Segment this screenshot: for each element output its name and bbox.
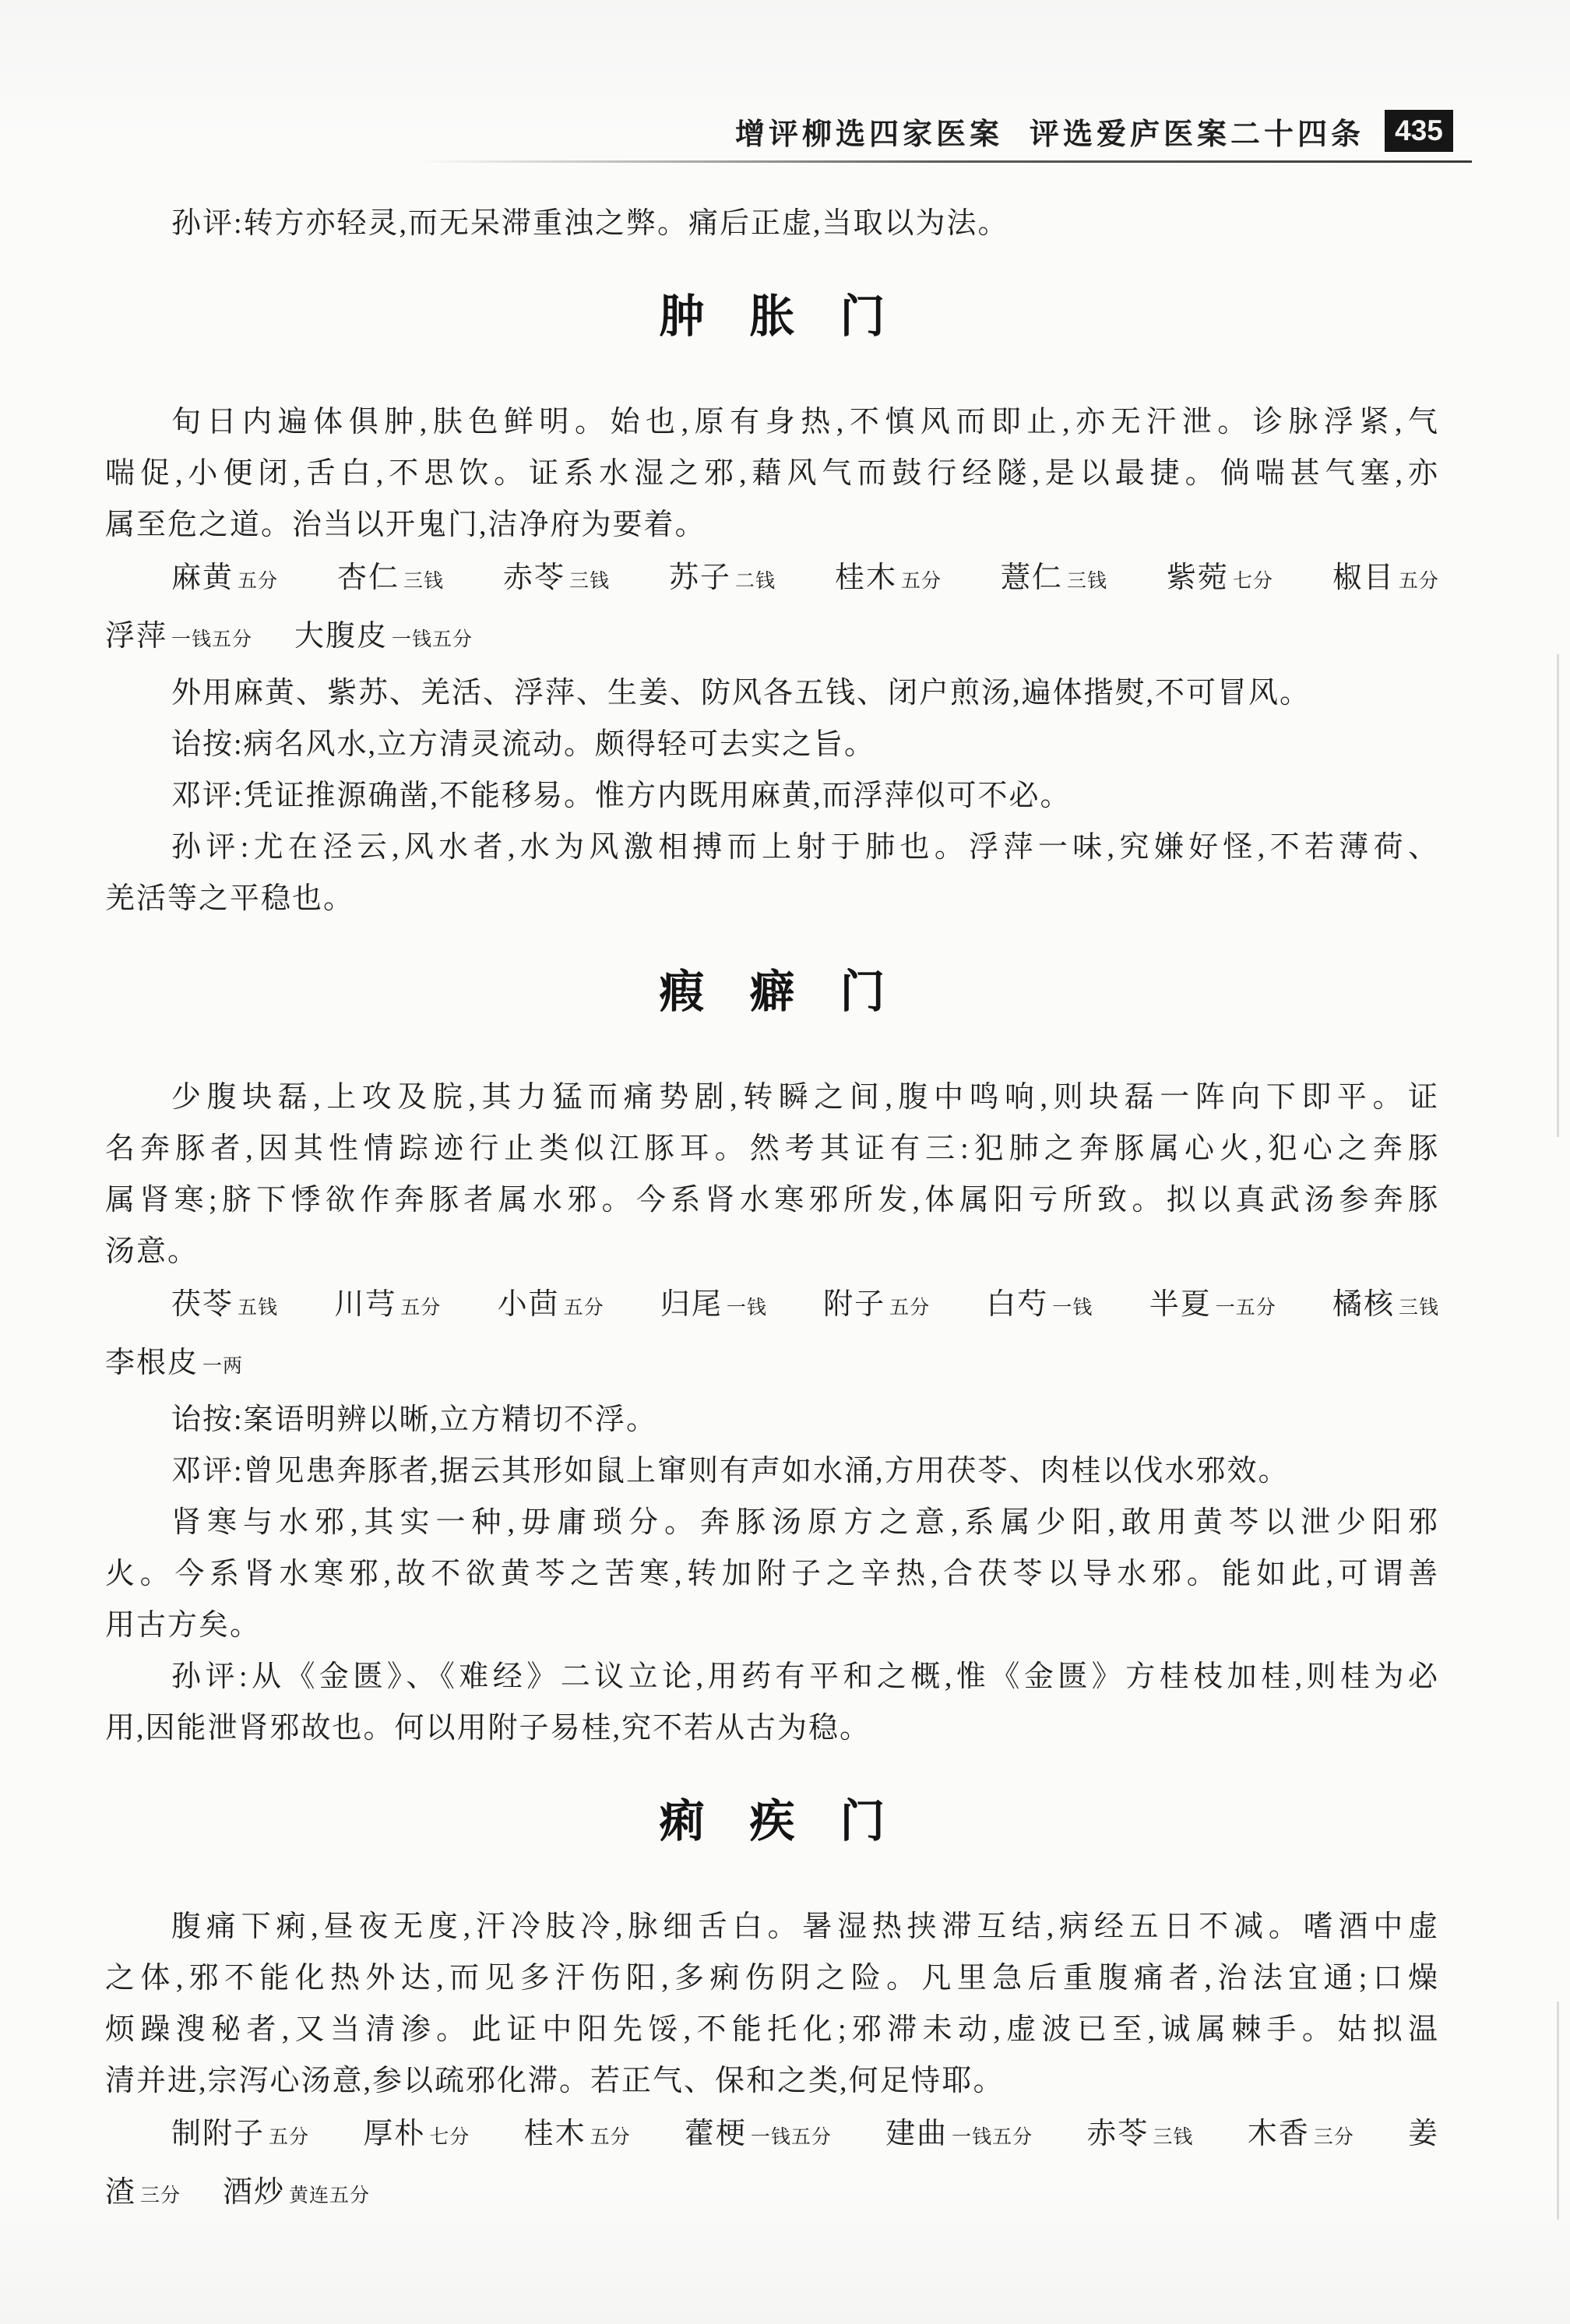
herb-entry: 木香三分	[1248, 2107, 1354, 2165]
case-line: 少腹块磊,上攻及脘,其力猛而痛势剧,转瞬之间,腹中鸣响,则块磊一阵向下即平。证	[105, 1072, 1439, 1123]
herb-dose: 二钱	[735, 571, 776, 592]
section-heading-char: 痢	[659, 1787, 704, 1857]
herb-entry: 薏仁三钱	[1001, 551, 1107, 609]
case-line: 属至危之道。治当以开鬼门,洁净府为要着。	[105, 499, 1439, 551]
herb-name: 制附子	[171, 2118, 265, 2150]
herb-name: 李根皮	[105, 1347, 199, 1379]
herb-dose: 五分	[889, 1298, 930, 1319]
herb-dose: 一钱五分	[952, 2127, 1033, 2148]
herb-dose: 一五分	[1216, 1298, 1276, 1319]
section-heading-jiapimen: 瘕癖门	[105, 957, 1439, 1027]
herb-entry: 杏仁三钱	[337, 551, 444, 609]
herb-entry: 紫菀七分	[1167, 551, 1273, 609]
prescription-line: 制附子五分厚朴七分桂木五分藿梗一钱五分建曲一钱五分赤苓三钱木香三分姜	[105, 2107, 1439, 2165]
herb-entry: 建曲一钱五分	[885, 2107, 1033, 2165]
herb-name: 归尾	[660, 1288, 723, 1321]
herb-name: 薏仁	[1001, 562, 1063, 594]
herb-entry: 赤苓三钱	[503, 551, 610, 609]
herb-entry: 归尾一钱	[660, 1277, 767, 1336]
section-heading-char: 肿	[659, 282, 704, 352]
comment-sun-line: 孙评:转方亦轻灵,而无呆滞重浊之弊。痛后正虚,当取以为法。	[105, 198, 1439, 249]
herb-name: 附子	[823, 1288, 885, 1321]
herb-entry: 小茴五分	[498, 1277, 604, 1336]
herb-entry: 浮萍一钱五分	[105, 620, 252, 653]
herb-entry: 李根皮一两	[105, 1347, 243, 1379]
prescription-line: 麻黄五分杏仁三钱赤苓三钱苏子二钱桂木五分薏仁三钱紫菀七分椒目五分	[105, 551, 1439, 609]
herb-name: 浮萍	[105, 620, 167, 653]
case-line: 烦躁溲秘者,又当清渗。此证中阳先馁,不能托化;邪滞未动,虚波已至,诚属棘手。姑拟…	[105, 2004, 1439, 2055]
herb-entry: 赤苓三钱	[1086, 2107, 1193, 2165]
chapter-title: 评选爱庐医案二十四条	[1030, 118, 1364, 151]
herb-dose: 三钱	[403, 571, 444, 592]
herb-dose: 五分	[400, 1298, 441, 1319]
herb-entry: 姜	[1408, 2107, 1439, 2161]
scan-edge-artifact	[1557, 2002, 1559, 2220]
herb-name: 姜	[1408, 2118, 1439, 2150]
herb-name: 杏仁	[337, 562, 400, 594]
herb-entry: 大腹皮一钱五分	[294, 620, 473, 653]
prescription-line: 浮萍一钱五分大腹皮一钱五分	[105, 609, 1439, 667]
herb-name: 苏子	[669, 562, 731, 594]
herb-name: 木香	[1248, 2118, 1310, 2150]
herb-dose: 一两	[202, 1356, 243, 1377]
herb-dose: 三分	[1314, 2127, 1354, 2148]
prescription-line: 茯苓五钱川芎五分小茴五分归尾一钱附子五分白芍一钱半夏一五分橘核三钱	[105, 1277, 1439, 1336]
herb-name: 桂木	[524, 2118, 586, 2150]
case-line: 汤意。	[105, 1226, 1439, 1277]
prescription-line: 李根皮一两	[105, 1336, 1439, 1394]
herb-dose: 五分	[238, 571, 278, 592]
herb-dose: 三钱	[1153, 2127, 1193, 2148]
herb-dose: 一钱五分	[751, 2127, 832, 2148]
case-line: 腹痛下痢,昼夜无度,汗冷肢冷,脉细舌白。暑湿热挟滞互结,病经五日不减。嗜酒中虚	[105, 1901, 1439, 1953]
herb-dose: 三钱	[1067, 571, 1107, 592]
herb-name: 赤苓	[1086, 2118, 1149, 2150]
herb-name: 桂木	[835, 562, 897, 594]
herb-name: 大腹皮	[294, 620, 388, 653]
section-heading-char: 门	[840, 957, 885, 1027]
comment-sun-line: 孙评:尤在泾云,风水者,水为风激相搏而上射于肺也。浮萍一味,究嫌好怪,不若薄荷、	[105, 822, 1439, 873]
herb-entry: 桂木五分	[524, 2107, 631, 2165]
external-use-line: 外用麻黄、紫苏、羌活、浮萍、生姜、防风各五钱、闭户煎汤,遍体揩熨,不可冒风。	[105, 667, 1439, 719]
herb-entry: 苏子二钱	[669, 551, 776, 609]
herb-dose: 三钱	[1399, 1298, 1439, 1319]
herb-entry: 麻黄五分	[171, 551, 278, 609]
comment-sun-line: 孙评:从《金匮》、《难经》二议立论,用药有平和之概,惟《金匮》方桂枝加桂,则桂为…	[105, 1651, 1439, 1703]
herb-dose: 一钱五分	[171, 629, 252, 650]
case-line: 名奔豚者,因其性情踪迹行止类似江豚耳。然考其证有三:犯肺之奔豚属心火,犯心之奔豚	[105, 1123, 1439, 1174]
herb-dose: 五分	[590, 2127, 631, 2148]
scanned-book-page: 增评柳选四家医案评选爱庐医案二十四条 435 孙评:转方亦轻灵,而无呆滞重浊之弊…	[0, 0, 1570, 2324]
section-heading-char: 疾	[749, 1787, 794, 1857]
herb-name: 紫菀	[1167, 562, 1229, 594]
prescription-line: 渣三分酒炒黄连五分	[105, 2165, 1439, 2224]
herb-name: 赤苓	[503, 562, 565, 594]
herb-entry: 橘核三钱	[1332, 1277, 1439, 1336]
herb-dose: 七分	[1233, 571, 1273, 592]
herb-entry: 渣三分	[105, 2176, 181, 2209]
herb-entry: 藿梗一钱五分	[685, 2107, 832, 2165]
herb-dose: 七分	[429, 2127, 470, 2148]
herb-entry: 厚朴七分	[363, 2107, 470, 2165]
herb-dose: 五分	[564, 1298, 604, 1319]
comment-deng-line: 用古方矣。	[105, 1600, 1439, 1651]
herb-dose: 五分	[269, 2127, 309, 2148]
herb-entry: 半夏一五分	[1149, 1277, 1276, 1336]
header-rule	[421, 160, 1472, 163]
page-header: 增评柳选四家医案评选爱庐医案二十四条 435	[105, 109, 1453, 153]
comment-deng-line: 邓评:凭证推源确凿,不能移易。惟方内既用麻黄,而浮萍似可不必。	[105, 770, 1439, 822]
section-heading-zhongzhangmen: 肿胀门	[105, 282, 1439, 352]
comment-yi-line: 诒按:案语明辨以晰,立方精切不浮。	[105, 1394, 1439, 1445]
herb-dose: 一钱	[727, 1298, 767, 1319]
section-heading-char: 胀	[749, 282, 794, 352]
herb-name: 小茴	[498, 1288, 560, 1321]
herb-entry: 酒炒黄连五分	[223, 2176, 370, 2209]
herb-entry: 附子五分	[823, 1277, 930, 1336]
scan-edge-artifact	[1557, 654, 1559, 1137]
herb-dose: 五分	[1399, 571, 1439, 592]
comment-deng-line: 邓评:曾见患奔豚者,据云其形如鼠上窜则有声如水涌,方用茯苓、肉桂以伐水邪效。	[105, 1445, 1439, 1497]
herb-name: 酒炒	[223, 2176, 285, 2209]
comment-yi-line: 诒按:病名风水,立方清灵流动。颇得轻可去实之旨。	[105, 719, 1439, 770]
case-line: 喘促,小便闭,舌白,不思饮。证系水湿之邪,藉风气而鼓行经隧,是以最捷。倘喘甚气塞…	[105, 448, 1439, 499]
herb-name: 建曲	[885, 2118, 948, 2150]
comment-sun-line: 用,因能泄肾邪故也。何以用附子易桂,究不若从古为稳。	[105, 1703, 1439, 1754]
case-line: 旬日内遍体俱肿,肤色鲜明。始也,原有身热,不慎风而即止,亦无汗泄。诊脉浮紧,气	[105, 396, 1439, 448]
page-body: 孙评:转方亦轻灵,而无呆滞重浊之弊。痛后正虚,当取以为法。肿胀门旬日内遍体俱肿,…	[105, 198, 1439, 2224]
case-line: 属肾寒;脐下悸欲作奔豚者属水邪。今系肾水寒邪所发,体属阳亏所致。拟以真武汤参奔豚	[105, 1174, 1439, 1226]
herb-dose: 五分	[901, 571, 942, 592]
herb-dose: 三钱	[569, 571, 610, 592]
herb-entry: 椒目五分	[1332, 551, 1439, 609]
herb-entry: 茯苓五钱	[171, 1277, 278, 1336]
herb-dose: 五钱	[238, 1298, 278, 1319]
herb-name: 厚朴	[363, 2118, 425, 2150]
herb-entry: 川芎五分	[334, 1277, 441, 1336]
herb-name: 藿梗	[685, 2118, 747, 2150]
comment-deng-line: 火。今系肾水寒邪,故不欲黄芩之苦寒,转加附子之辛热,合茯苓以导水邪。能如此,可谓…	[105, 1548, 1439, 1600]
comment-deng-line: 肾寒与水邪,其实一种,毋庸琐分。奔豚汤原方之意,系属少阳,敢用黄芩以泄少阳邪	[105, 1497, 1439, 1548]
page-number-badge: 435	[1385, 110, 1453, 152]
herb-name: 半夏	[1149, 1288, 1212, 1321]
herb-dose: 黄连五分	[289, 2185, 370, 2206]
herb-name: 白芍	[986, 1288, 1048, 1321]
section-heading-lijimen: 痢疾门	[105, 1787, 1439, 1857]
book-title: 增评柳选四家医案	[735, 118, 1003, 151]
section-heading-char: 癖	[749, 957, 794, 1027]
herb-name: 茯苓	[171, 1288, 234, 1321]
herb-entry: 桂木五分	[835, 551, 942, 609]
section-heading-char: 瘕	[659, 957, 704, 1027]
herb-dose: 一钱	[1052, 1298, 1093, 1319]
herb-name: 川芎	[334, 1288, 396, 1321]
case-line: 清并进,宗泻心汤意,参以疏邪化滞。若正气、保和之类,何足恃耶。	[105, 2055, 1439, 2107]
herb-entry: 白芍一钱	[986, 1277, 1093, 1336]
herb-name: 椒目	[1332, 562, 1395, 594]
herb-dose: 三分	[140, 2185, 181, 2206]
herb-dose: 一钱五分	[392, 629, 473, 650]
case-line: 之体,邪不能化热外达,而见多汗伤阳,多痢伤阴之险。凡里急后重腹痛者,治法宜通;口…	[105, 1953, 1439, 2004]
herb-name: 麻黄	[171, 562, 234, 594]
running-head: 增评柳选四家医案评选爱庐医案二十四条	[735, 110, 1364, 153]
section-heading-char: 门	[840, 1787, 885, 1857]
herb-name: 渣	[105, 2176, 136, 2209]
herb-entry: 制附子五分	[171, 2107, 309, 2165]
section-heading-char: 门	[840, 282, 885, 352]
comment-sun-line: 羌活等之平稳也。	[105, 873, 1439, 924]
herb-name: 橘核	[1332, 1288, 1395, 1321]
